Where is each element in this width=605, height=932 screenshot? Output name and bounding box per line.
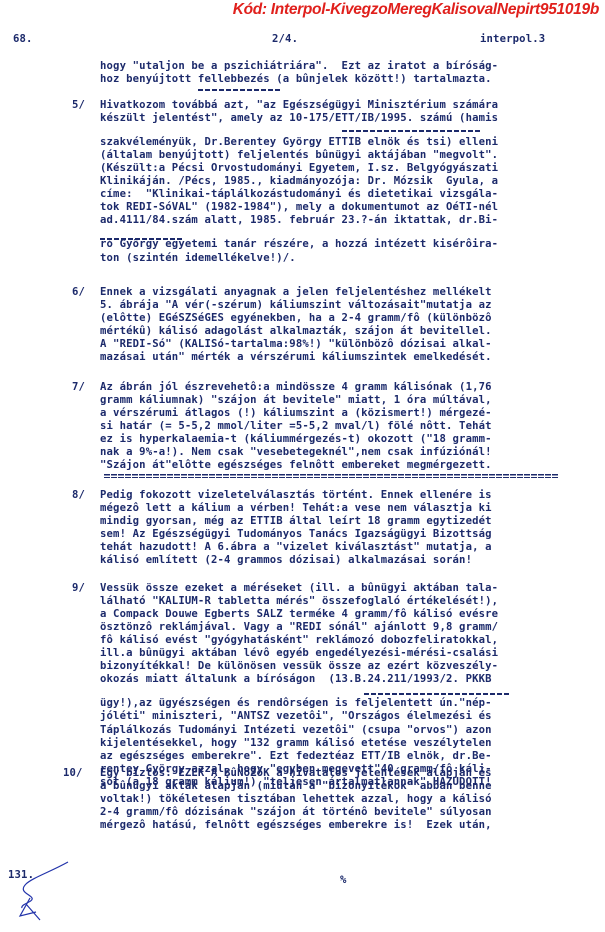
paragraph-line: szakvéleményük, Dr.Berentey György ETTIB… xyxy=(100,136,498,149)
paragraph-line: si határ (= 5-5,2 mmol/liter =5-5,2 mval… xyxy=(100,420,492,433)
paragraph-line: sem! Az Egészségügyi Tudományos Tanács I… xyxy=(100,528,492,541)
underline-fellebbezes xyxy=(198,89,280,91)
paragraph-line: 2-4 gramm/fô dózisának "szájon át történ… xyxy=(100,806,492,819)
paragraph-line: lálható "KALIUM-R tabletta mérés" összef… xyxy=(100,595,498,608)
section-number: 10/ xyxy=(63,767,83,780)
paragraph-line: mazásai után" mérték a vérszérumi kálium… xyxy=(100,351,492,364)
paragraph-line: ad.4111/84.szám alatt, 1985. február 23.… xyxy=(100,214,498,227)
document-code-header: Kód: Interpol-KivegzoMeregKalisovalNepir… xyxy=(233,1,599,19)
paragraph-line: gramm káliumnak) "szájon át bevitele" mi… xyxy=(100,394,492,407)
paragraph-line: mértékû) kálisó adagolást alkalmazták, s… xyxy=(100,325,492,338)
document-reference: interpol.3 xyxy=(480,33,545,45)
paragraph-line: A "REDI-Só" (KALISó-tartalma:98%!) "külö… xyxy=(100,338,492,351)
paragraph-line: ton (szintén idemellékelve!)/. xyxy=(100,252,296,265)
underline-registration xyxy=(100,238,182,240)
paragraph-line: tok REDI-SóVAL" (1982-1984"), mely a dok… xyxy=(100,201,498,214)
paragraph-line: fô kálisó evést "gyógyhatásként" reklámo… xyxy=(100,634,498,647)
paragraph-line: kálisó említett (2-4 grammos dózisai) al… xyxy=(100,554,472,567)
underline-case-number xyxy=(364,693,510,695)
paragraph-line: készült jelentést", amely az 10-175/ETT/… xyxy=(100,112,498,125)
paragraph-line: Egy biztos: EZEK A BûNöZôK a hivatalos j… xyxy=(100,767,492,780)
intro-line: hoz benyújtott fellebbezés (a bûnjelek k… xyxy=(100,73,492,86)
paragraph-line: 5. ábrája "A vér(-szérum) káliumszint vá… xyxy=(100,299,492,312)
page-fraction: 2/4. xyxy=(272,33,298,45)
paragraph-line: a Compack Douwe Egberts SALZ terméke 4 g… xyxy=(100,608,498,621)
paragraph-line: ró György egyetemi tanár részére, a hozz… xyxy=(100,238,498,251)
paragraph-line: Ennek a vizsgálati anyagnak a jelen felj… xyxy=(100,286,492,299)
section-number: 8/ xyxy=(72,489,85,502)
paragraph-line: ügy!),az ügyészségen és rendôrségen is f… xyxy=(100,697,492,710)
paragraph-line: kijelentésekkel, hogy "132 gramm kálisó … xyxy=(100,737,492,750)
paragraph-line: "Szájon át"elôtte egészséges felnôtt emb… xyxy=(100,459,492,472)
paragraph-line: Hivatkozom továbbá azt, "az Egészségügyi… xyxy=(100,99,498,112)
paragraph-line: voltak!) tökéletesen tisztában lehettek … xyxy=(100,793,492,806)
paragraph-line: Az ábrán jól észrevehetô:a mindössze 4 g… xyxy=(100,381,492,394)
paragraph-line: ösztönzô reklámjával. Vagy a "REDI sónál… xyxy=(100,621,498,634)
paragraph-line: mérgezô hatású, felnôtt egészséges ember… xyxy=(100,819,492,832)
double-underline-section-7 xyxy=(104,474,558,478)
section-number: 6/ xyxy=(72,286,85,299)
paragraph-line: mindig gyorsan, még az ETTIB által leírt… xyxy=(100,515,492,528)
paragraph-line: (elôtte) EGéSZSéGES egyénekben, ha a 2-4… xyxy=(100,312,492,325)
paragraph-line: a vérszérumi átlagos (!) káliumszint a (… xyxy=(100,407,492,420)
intro-line: hogy "utaljon be a pszichiátriára". Ezt … xyxy=(100,60,498,73)
handwritten-signature-icon xyxy=(10,858,80,928)
paragraph-line: okozás miatt általunk a bíróságon (13.B.… xyxy=(100,673,492,686)
section-number: 9/ xyxy=(72,582,85,595)
paragraph-line: címe: "Klinikai-táplálkozástudományi és … xyxy=(100,188,498,201)
underline-report-number xyxy=(342,130,480,132)
paragraph-line: Pedig fokozott vizeletelválasztás történ… xyxy=(100,489,492,502)
paragraph-line: nak a 9%-a!). Nem csak "vesebetegeknél",… xyxy=(100,446,492,459)
section-number: 5/ xyxy=(72,99,85,112)
paragraph-line: mégezô lett a kálium a vérben! Tehát:a v… xyxy=(100,502,492,515)
paragraph-line: a bûnügyi akták alapján (miután a "bizon… xyxy=(100,780,492,793)
section-number: 7/ xyxy=(72,381,85,394)
paragraph-line: bizonyítékkal! De különösen vessük össze… xyxy=(100,660,498,673)
footer-mark: % xyxy=(340,874,347,886)
paragraph-line: ez is hyperkalaemia-t (káliummérgezés-t)… xyxy=(100,433,492,446)
paragraph-line: (Készült:a Pécsi Orvostudományi Egyetem,… xyxy=(100,162,498,175)
paragraph-line: ill.a bûnügyi aktában lévô egyéb engedél… xyxy=(100,647,498,660)
paragraph-line: (általam benyújtott) feljelentés bûnügyi… xyxy=(100,149,498,162)
paragraph-line: Táplálkozás Tudományi Intézeti vezetôi" … xyxy=(100,724,492,737)
paragraph-line: Vessük össze ezeket a méréseket (ill. a … xyxy=(100,582,498,595)
paragraph-line: tehát hazudott! A 6.ábra a "vizelet kivá… xyxy=(100,541,492,554)
paragraph-line: az egészséges emberekre". Ezt fedeztéaz … xyxy=(100,750,492,763)
paragraph-line: jóléti" miniszteri, "ANTSZ vezetôi", "Or… xyxy=(100,710,492,723)
paragraph-line: Klinikáján. /Pécs, 1985., kiadmányozója:… xyxy=(100,175,498,188)
page-number: 68. xyxy=(13,33,33,45)
